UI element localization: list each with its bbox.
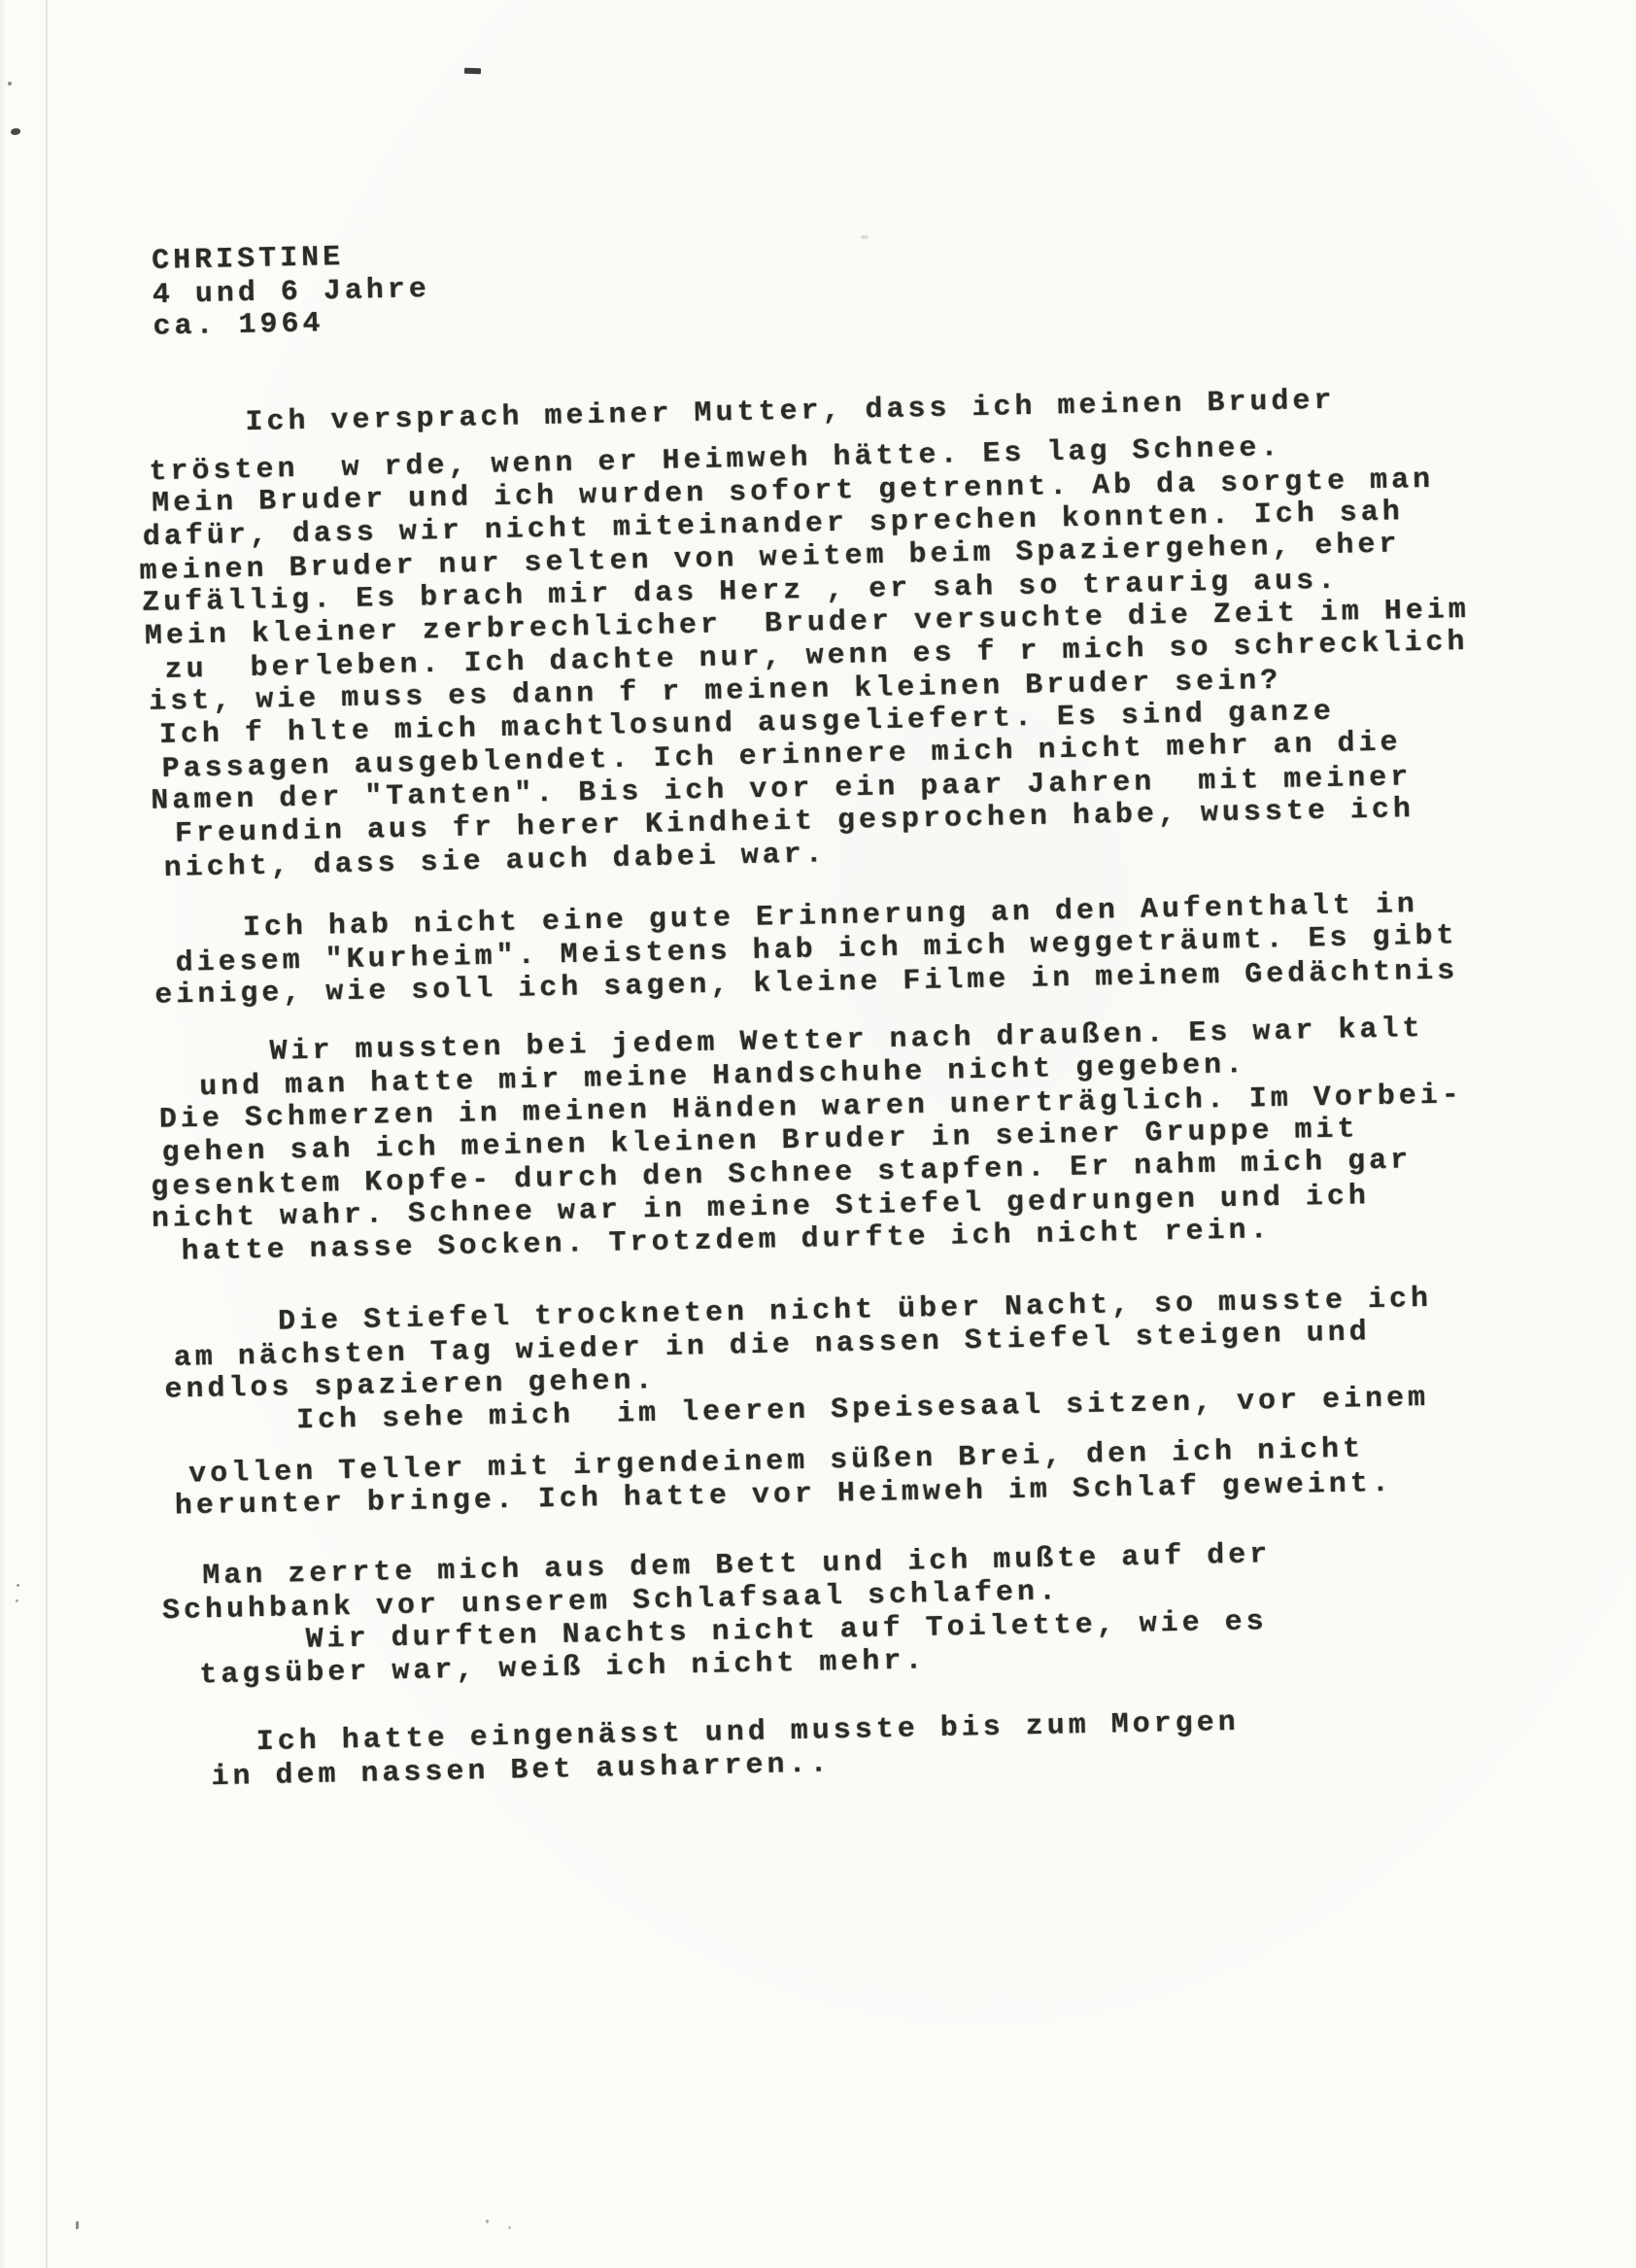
paragraph: Ich versprach meiner Mutter, dass ich me… bbox=[0, 381, 1544, 888]
typewritten-text: CHRISTINE 4 und 6 Jahre ca. 1964 Ich ver… bbox=[0, 0, 1562, 1797]
paragraph: Man zerrte mich aus dem Bett und ich muß… bbox=[22, 1532, 1559, 1696]
document-header: CHRISTINE 4 und 6 Jahre ca. 1964 bbox=[0, 218, 1533, 348]
paragraph: Ich hab nicht eine gute Erinnerung an de… bbox=[10, 885, 1547, 1015]
paragraph: Die Stiefel trockneten nicht über Nacht,… bbox=[17, 1280, 1556, 1527]
scanned-page: { "colors": { "paper": "#fbfbf8", "ink":… bbox=[0, 0, 1636, 2268]
paragraph: Wir mussten bei jedem Wetter nach drauße… bbox=[12, 1010, 1551, 1272]
